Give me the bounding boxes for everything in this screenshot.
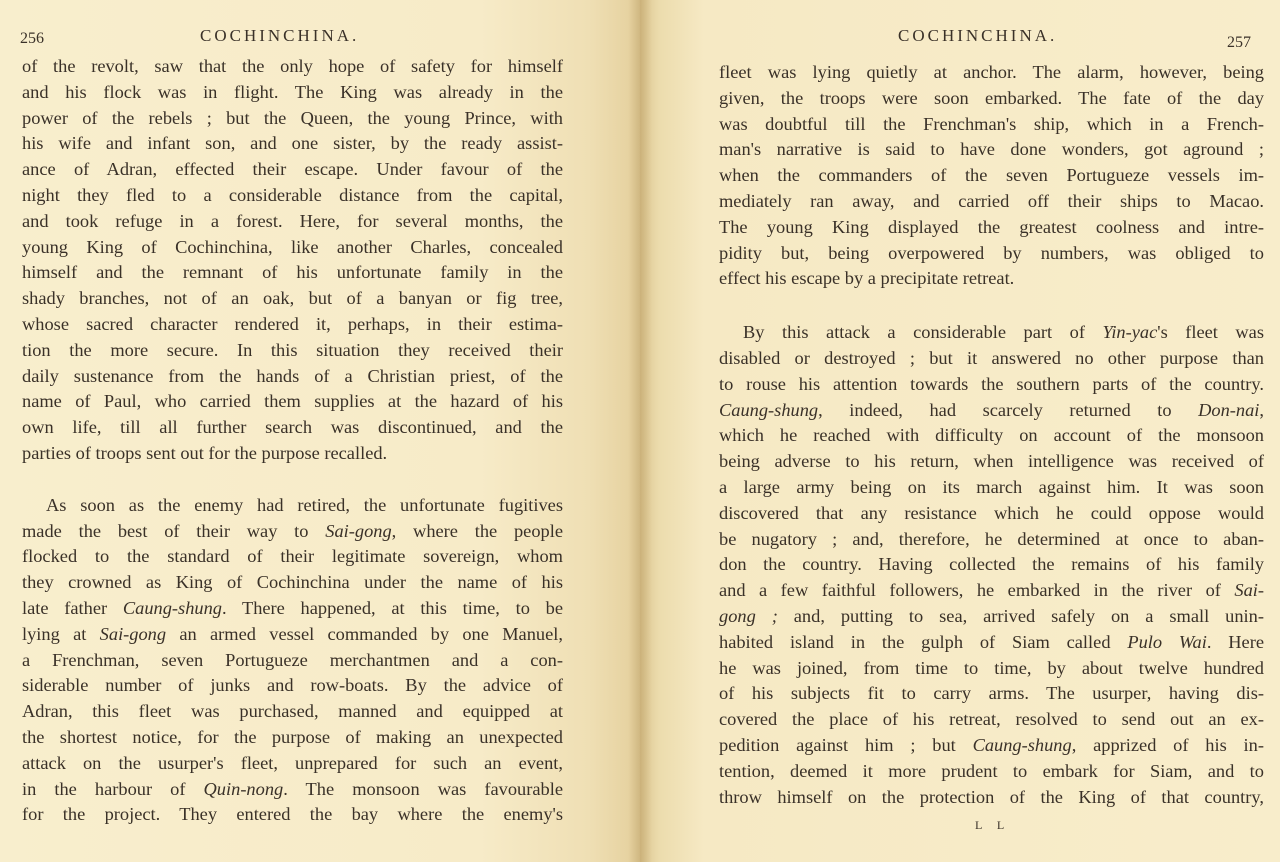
place-name: Sai- <box>1234 580 1264 600</box>
paragraph: As soon as the enemy had retired, the un… <box>22 493 563 828</box>
paragraph-spacer <box>22 467 563 493</box>
text-line: don the country. Having collected the re… <box>719 552 1264 578</box>
text-line: which he reached with difficulty on acco… <box>719 423 1264 449</box>
text-line: lying at Sai-gong an armed vessel comman… <box>22 622 563 648</box>
text-line: man's narrative is said to have done won… <box>719 137 1264 163</box>
text-line: a large army being on its march against … <box>719 475 1264 501</box>
text-line: parties of troops sent out for the purpo… <box>22 441 563 467</box>
text-line: himself and the remnant of his unfortuna… <box>22 260 563 286</box>
text-line: the shortest notice, for the purpose of … <box>22 725 563 751</box>
text-line: of the revolt, saw that the only hope of… <box>22 54 563 80</box>
text-line: he was joined, from time to time, by abo… <box>719 656 1264 682</box>
page-number-left: 256 <box>20 30 44 48</box>
text-line: in the harbour of Quin-nong. The monsoon… <box>22 777 563 803</box>
text-line: given, the troops were soon embarked. Th… <box>719 86 1264 112</box>
person-name: Yin-yac <box>1102 322 1157 342</box>
text-line: gong ; and, putting to sea, arrived safe… <box>719 604 1264 630</box>
text-line: made the best of their way to Sai-gong, … <box>22 519 563 545</box>
text-line: effect his escape by a precipitate retre… <box>719 266 1264 292</box>
text-line: By this attack a considerable part of Yi… <box>719 320 1264 346</box>
text-line: mediately ran away, and carried off thei… <box>719 189 1264 215</box>
text-line: whose sacred character rendered it, perh… <box>22 312 563 338</box>
running-head-right: COCHINCHINA. <box>898 26 1057 46</box>
paragraph: fleet was lying quietly at anchor. The a… <box>719 60 1264 292</box>
paragraph-spacer <box>719 292 1264 320</box>
paragraph: By this attack a considerable part of Yi… <box>719 320 1264 810</box>
place-name: Sai-gong <box>100 624 166 644</box>
text-line: habited island in the gulph of Siam call… <box>719 630 1264 656</box>
text-line: his wife and infant son, and one sister,… <box>22 131 563 157</box>
place-name: gong ; <box>719 606 778 626</box>
text-line: young King of Cochinchina, like another … <box>22 235 563 261</box>
text-line: be nugatory ; and, therefore, he determi… <box>719 527 1264 553</box>
text-line: tention, deemed it more prudent to embar… <box>719 759 1264 785</box>
text-line: was doubtful till the Frenchman's ship, … <box>719 112 1264 138</box>
text-line: fleet was lying quietly at anchor. The a… <box>719 60 1264 86</box>
place-name: Quin-nong <box>204 779 284 799</box>
paragraph: of the revolt, saw that the only hope of… <box>22 54 563 467</box>
text-line: power of the rebels ; but the Queen, the… <box>22 106 563 132</box>
place-name: Sai-gong <box>325 521 391 541</box>
text-line: daily sustenance from the hands of a Chr… <box>22 364 563 390</box>
book-spread: 256 COCHINCHINA. of the revolt, saw that… <box>0 0 1280 862</box>
text-line: flocked to the standard of their legitim… <box>22 544 563 570</box>
right-page-body: fleet was lying quietly at anchor. The a… <box>719 60 1264 810</box>
text-line: discovered that any resistance which he … <box>719 501 1264 527</box>
text-line: of his subjects fit to carry arms. The u… <box>719 681 1264 707</box>
person-name: Caung-shung <box>123 598 222 618</box>
left-page: 256 COCHINCHINA. of the revolt, saw that… <box>0 0 640 862</box>
text-line: disabled or destroyed ; but it answered … <box>719 346 1264 372</box>
text-line: pidity but, being overpowered by numbers… <box>719 241 1264 267</box>
text-line: throw himself on the protection of the K… <box>719 785 1264 811</box>
text-line: pedition against him ; but Caung-shung, … <box>719 733 1264 759</box>
text-line: when the commanders of the seven Portugu… <box>719 163 1264 189</box>
text-line: shady branches, not of an oak, but of a … <box>22 286 563 312</box>
text-line: Adran, this fleet was purchased, manned … <box>22 699 563 725</box>
signature-mark: L L <box>975 818 1010 833</box>
text-line: The young King displayed the greatest co… <box>719 215 1264 241</box>
text-line: and took refuge in a forest. Here, for s… <box>22 209 563 235</box>
text-line: for the project. They entered the bay wh… <box>22 802 563 828</box>
text-line: siderable number of junks and row-boats.… <box>22 673 563 699</box>
text-line: a Frenchman, seven Portugueze merchantme… <box>22 648 563 674</box>
text-line: and his flock was in flight. The King wa… <box>22 80 563 106</box>
text-line: own life, till all further search was di… <box>22 415 563 441</box>
person-name: Caung-shung <box>719 400 818 420</box>
text-line: attack on the usurper's fleet, unprepare… <box>22 751 563 777</box>
place-name: Pulo Wai <box>1127 632 1207 652</box>
text-line: night they fled to a considerable distan… <box>22 183 563 209</box>
text-line: covered the place of his retreat, resolv… <box>719 707 1264 733</box>
text-line: they crowned as King of Cochinchina unde… <box>22 570 563 596</box>
text-line: and a few faithful followers, he embarke… <box>719 578 1264 604</box>
right-page: COCHINCHINA. 257 fleet was lying quietly… <box>640 0 1280 862</box>
text-line: name of Paul, who carried them supplies … <box>22 389 563 415</box>
page-number-right: 257 <box>1227 34 1251 52</box>
place-name: Don-nai <box>1198 400 1259 420</box>
text-line: tion the more secure. In this situation … <box>22 338 563 364</box>
running-head-left: COCHINCHINA. <box>200 26 359 46</box>
left-page-body: of the revolt, saw that the only hope of… <box>22 54 563 828</box>
text-line: As soon as the enemy had retired, the un… <box>22 493 563 519</box>
text-line: being adverse to his return, when intell… <box>719 449 1264 475</box>
text-line: late father Caung-shung. There happened,… <box>22 596 563 622</box>
text-line: Caung-shung, indeed, had scarcely return… <box>719 398 1264 424</box>
person-name: Caung-shung <box>973 735 1072 755</box>
text-line: to rouse his attention towards the south… <box>719 372 1264 398</box>
text-line: ance of Adran, effected their escape. Un… <box>22 157 563 183</box>
